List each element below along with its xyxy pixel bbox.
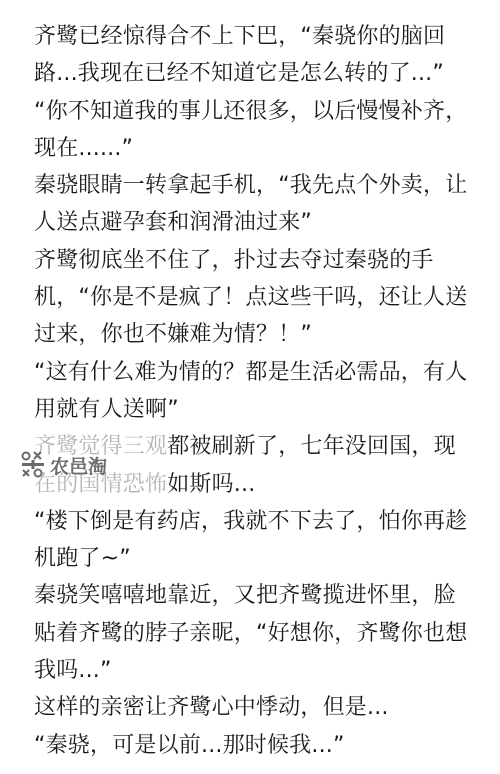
- text-line: 路...我现在已经不知道它是怎么转的了...”: [34, 55, 484, 92]
- text-line: 用就有人送啊”: [34, 391, 484, 428]
- text-line: 贴着齐鹭的脖子亲昵，“好想你，齐鹭你也想: [34, 615, 484, 652]
- text-line: 过来，你也不嫌难为情？！”: [34, 316, 484, 353]
- text-line: 齐鹭已经惊得合不上下巴，“秦骁你的脑回: [34, 18, 484, 55]
- text-line: 我吗...”: [34, 652, 484, 689]
- text-line: 机跑了~”: [34, 540, 484, 577]
- article-body: 齐鹭已经惊得合不上下巴，“秦骁你的脑回 路...我现在已经不知道它是怎么转的了.…: [34, 18, 484, 764]
- text-line: 齐鹭彻底坐不住了，扑过去夺过秦骁的手: [34, 242, 484, 279]
- text-line: “你不知道我的事儿还很多，以后慢慢补齐，: [34, 93, 484, 130]
- logo-icon: [20, 450, 46, 480]
- text-line: “楼下倒是有药店，我就不下去了，怕你再趁: [34, 503, 484, 540]
- text-line: 人送点避孕套和润滑油过来”: [34, 204, 484, 241]
- watermark-text: 农邑淘: [50, 452, 107, 479]
- text-segment: 都被刷新了，七年没回国，现: [167, 434, 456, 459]
- text-segment: 如斯吗...: [167, 472, 255, 497]
- text-line: 秦骁眼睛一转拿起手机，“我先点个外卖，让: [34, 167, 484, 204]
- watermark: 农邑淘: [20, 450, 107, 480]
- text-line: 现在......”: [34, 130, 484, 167]
- text-line: 这样的亲密让齐鹭心中悸动，但是...: [34, 689, 484, 726]
- text-line: “秦骁，可是以前...那时候我...”: [34, 727, 484, 764]
- text-line: 秦骁笑嘻嘻地靠近，又把齐鹭揽进怀里，脸: [34, 577, 484, 614]
- text-line: “这有什么难为情的？都是生活必需品，有人: [34, 354, 484, 391]
- text-line: 机，“你是不是疯了！点这些干吗，还让人送: [34, 279, 484, 316]
